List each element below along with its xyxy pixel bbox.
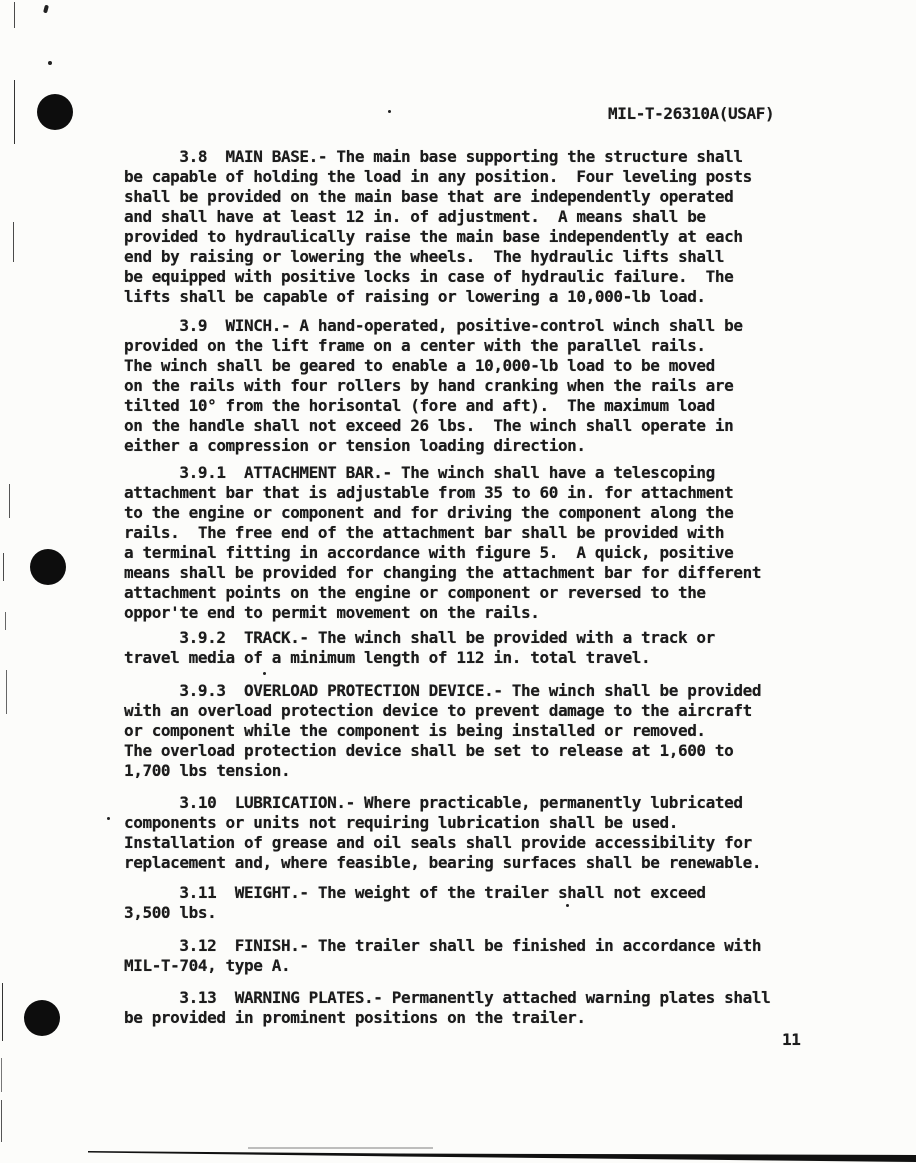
- paragraph-3-9-1-attachment-bar: 3.9.1 ATTACHMENT BAR.- The winch shall h…: [124, 463, 761, 623]
- scan-edge-line: [1, 1058, 2, 1092]
- scan-edge-line: [6, 670, 7, 714]
- page-bottom-edge-line: [0, 1144, 916, 1163]
- page-number: 11: [782, 1030, 800, 1050]
- paragraph-3-11-weight: 3.11 WEIGHT.- The weight of the trailer …: [124, 883, 706, 923]
- scanned-document-page: MIL-T-26310A(USAF) 3.8 MAIN BASE.- The m…: [0, 0, 916, 1163]
- scan-edge-line: [3, 553, 4, 581]
- scan-edge-line: [13, 222, 14, 262]
- scan-edge-line: [2, 983, 3, 1041]
- scan-speck: [388, 110, 391, 113]
- paragraph-3-9-2-track: 3.9.2 TRACK.- The winch shall be provide…: [124, 628, 715, 668]
- scan-edge-line: [14, 2, 15, 28]
- paragraph-3-13-warning-plates: 3.13 WARNING PLATES.- Permanently attach…: [124, 988, 770, 1028]
- paragraph-3-12-finish: 3.12 FINISH.- The trailer shall be finis…: [124, 936, 761, 976]
- scan-edge-line: [14, 80, 15, 144]
- paragraph-3-9-winch: 3.9 WINCH.- A hand-operated, positive-co…: [124, 316, 743, 456]
- scan-edge-line: [9, 484, 10, 518]
- document-id-header: MIL-T-26310A(USAF): [608, 104, 774, 124]
- scan-speck: [107, 817, 110, 820]
- scan-edge-line: [1, 1100, 2, 1142]
- paragraph-3-9-3-overload-protection-device: 3.9.3 OVERLOAD PROTECTION DEVICE.- The w…: [124, 681, 761, 781]
- hole-punch-bottom: [24, 1000, 60, 1036]
- paragraph-3-8-main-base: 3.8 MAIN BASE.- The main base supporting…: [124, 147, 752, 307]
- scan-edge-line: [5, 612, 6, 630]
- scan-speck: [263, 672, 266, 675]
- hole-punch-top: [37, 94, 73, 130]
- scan-speck: [48, 61, 52, 65]
- paragraph-3-10-lubrication: 3.10 LUBRICATION.- Where practicable, pe…: [124, 793, 761, 873]
- hole-punch-middle: [30, 549, 66, 585]
- scan-speck: [43, 5, 49, 14]
